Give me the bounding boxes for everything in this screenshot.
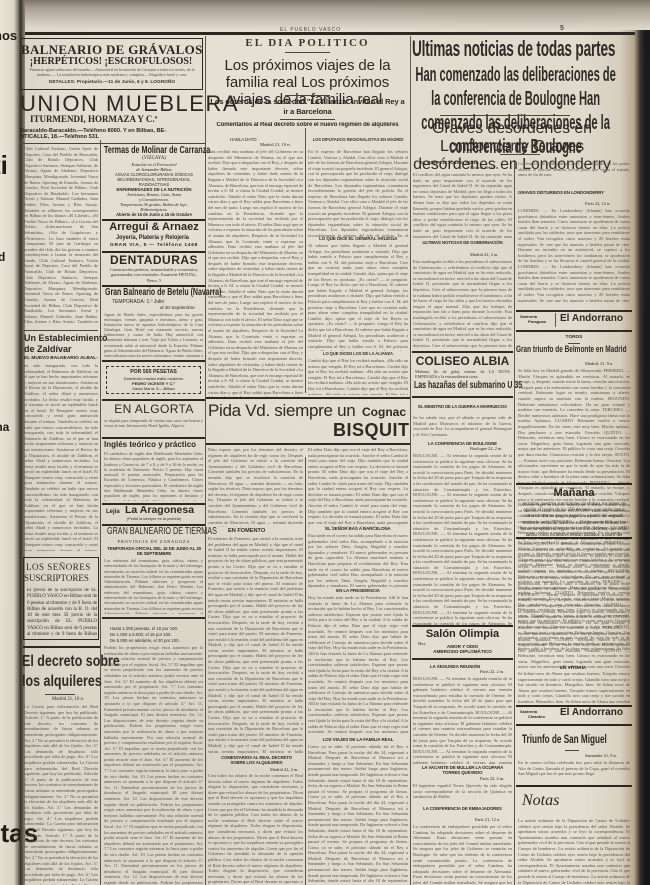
prev-page-fragment: d bbox=[0, 250, 5, 264]
ad-body: Primeras aguas sulfurosas del mundo.—Aut… bbox=[25, 68, 199, 80]
top-shadow-band bbox=[0, 0, 650, 30]
divider bbox=[24, 330, 98, 331]
article-text: Esta tarde en el correo ha salido para B… bbox=[308, 533, 408, 588]
divider bbox=[516, 537, 632, 539]
column-rule bbox=[514, 160, 515, 885]
divider bbox=[102, 617, 205, 619]
subhead: EN LA PRESIDENCIA bbox=[308, 588, 408, 594]
headline: Gran triunfo de Belmonte en Madrid bbox=[516, 345, 627, 354]
notice-suscriptores: LOS SEÑORES SUSCRIPTORES El precio de la… bbox=[23, 557, 99, 640]
article-text: Cambó dijo que el Rey los recibirá mañan… bbox=[308, 358, 408, 395]
headline: Han comenzado las deliberaciones de la c… bbox=[412, 63, 619, 113]
ad-por-pesetas: POR 555 PESETAS Dormitorio macizo estilo… bbox=[106, 366, 201, 394]
article-text: Conferencia de Embajadores entre los del… bbox=[518, 161, 630, 191]
column-rule bbox=[410, 36, 411, 885]
section-title: Ultimas noticias de todas partes bbox=[412, 38, 615, 60]
article-text: En el expreso de Barcelona han llegado l… bbox=[308, 149, 408, 237]
article-text: Casi todos los diarios de la noche comen… bbox=[208, 773, 303, 885]
subhead: LOS VIAJES DE LA FAMILIA REAL bbox=[308, 737, 408, 743]
article-text: El conflicto del agua continúa lo mismo … bbox=[413, 172, 512, 238]
subhead: LA VACANTE DE MULLER LA OCUPARÁ TORRES Q… bbox=[413, 765, 512, 776]
notice-title: LOS SEÑORES bbox=[26, 563, 91, 572]
divider bbox=[23, 646, 100, 648]
ad-betelu-title: Gran Balneario de Betelu (Navarra) bbox=[105, 288, 221, 298]
divider bbox=[412, 625, 513, 627]
dateline: París 22, 12 n. bbox=[585, 202, 610, 206]
scale-line: De 1.000 a 5.000, el 15 por 100. bbox=[110, 633, 172, 637]
ad-shop-name: El Andorrano bbox=[560, 708, 623, 718]
article-text: Club Cultural Euskaro, Unión Sport de De… bbox=[24, 146, 98, 323]
divider bbox=[412, 396, 513, 398]
ad-shop-name: El Andorrano bbox=[560, 314, 623, 324]
article-text: Se ha sabido hoy que el sábado se propon… bbox=[413, 415, 512, 440]
ad-title: Termas de Molinar de Carranza bbox=[104, 146, 210, 156]
column-rule bbox=[100, 140, 101, 885]
article-text: Hoy ha estado más tarde en la Presidenci… bbox=[308, 595, 408, 735]
dateline: Madrid 22, 2 m. bbox=[470, 253, 498, 257]
article-text: Al saberse que había llegado a Madrid el… bbox=[308, 243, 408, 351]
divider bbox=[102, 399, 205, 401]
ad-subtitle: ITURMENDI, HORMAZA Y C.ª bbox=[30, 115, 157, 124]
article-text: La sesión ordinaria de la Diputación de … bbox=[518, 818, 630, 885]
article-text: BOULOGNE. — Al terminar la segunda reuni… bbox=[413, 676, 512, 764]
subhead: LOS DIPUTADOS REGIONALISTAS EN MADRID bbox=[308, 138, 408, 148]
ad-tiermas-season: TEMPORADA OFICIAL DEL 15 DE JUNIO AL 30 … bbox=[106, 546, 202, 557]
ad-subtitle: ¡HERPÉTICOS! ¡ESCROFULOSOS! bbox=[21, 57, 201, 67]
ad-title: POR 555 PESETAS bbox=[107, 370, 200, 375]
ad-aragonesa-subtitle: (Pedid la siempre en la probeta) bbox=[104, 518, 204, 522]
ad-tiermas-title: GRAN BALNEARIO DE TIERMAS bbox=[107, 527, 217, 537]
divider bbox=[102, 437, 205, 439]
ad-line: Santa María, 8.—Bilbao bbox=[107, 387, 200, 391]
divider bbox=[440, 115, 570, 116]
divider bbox=[500, 154, 540, 155]
divider bbox=[555, 313, 556, 327]
scale-line: Hasta 1.000 pesetas, el 10 por 100. bbox=[110, 627, 178, 631]
ad-aragonesa-title: La Aragonesa bbox=[125, 505, 194, 516]
divider bbox=[412, 658, 513, 660]
divider bbox=[280, 119, 335, 120]
article-text: Dato recibió esta mañana al jefe del Gob… bbox=[208, 149, 303, 397]
divider bbox=[412, 351, 513, 353]
newspaper-page: nos ti d ona etas EL PUEBLO VASCO 5 BALN… bbox=[0, 0, 650, 885]
previous-page-edge: nos ti d ona etas bbox=[0, 0, 20, 885]
article-text: El ministro de Fomento, que asistió a la… bbox=[208, 536, 303, 754]
scale-line: De 5.000 en adelante, el 20 por 100. bbox=[110, 639, 180, 643]
headline: Los próximos viajes de la familia real L… bbox=[207, 57, 408, 99]
ad-arregui-title: Arregui & Arnaez bbox=[104, 222, 204, 233]
ad-olimpia-title: Salón Olimpia bbox=[413, 629, 512, 640]
divider bbox=[206, 397, 410, 399]
divider bbox=[20, 143, 205, 144]
dateline: Madrid, 21, 9 n. bbox=[585, 362, 613, 366]
ad-coliseo-body: Mañana, (lo de gala), estreno de LA NOYA… bbox=[415, 369, 510, 380]
dateline: Santander 21, 9 n. bbox=[585, 754, 617, 758]
dateline: Madrid 21, 10 n. bbox=[260, 143, 291, 148]
divider bbox=[102, 360, 205, 362]
subhead: EN VITORIA bbox=[560, 666, 586, 671]
ad-season: Abierto de 15 de Junio a 15 de Octubre bbox=[104, 213, 204, 217]
article-text: La conferencia de embajadores presidida … bbox=[413, 824, 512, 885]
dateline: Madrid 22, 2 m. bbox=[270, 768, 298, 772]
ad-dept-label: Paraguas bbox=[528, 320, 546, 324]
subhead: GRAVES DISTURBIOS EN LONDONDERRY bbox=[518, 190, 630, 201]
ad-betelu-body: Aguas de Betelu Sales, especialísimas pa… bbox=[104, 312, 203, 357]
ad-aragonesa-prefix: Lejía bbox=[106, 509, 120, 515]
divider bbox=[516, 310, 632, 312]
subhead: EN FOMENTO bbox=[228, 529, 265, 535]
column-rule bbox=[305, 457, 306, 885]
ad-ingles-title: Inglés teórico y práctico bbox=[104, 441, 196, 449]
ad-arregui-address: GRAN VIA, 5 — Teléfono 1468 bbox=[104, 244, 204, 249]
ad-coliseo-film: Las hazañas del submarino U 35 bbox=[414, 381, 522, 391]
section-notas: Notas bbox=[522, 793, 559, 809]
ad-ingles-body: El catedrático de inglés don Maldonado M… bbox=[104, 451, 203, 501]
article-headline: de Zaldívar bbox=[24, 345, 72, 354]
subhead: EL MINISTRO DE LA GUERRA A MARRUECOS bbox=[413, 404, 512, 414]
article-text: Como ya se sabe, el próximo sábado irá e… bbox=[308, 744, 408, 885]
article-text: BOULOGNE. — Al terminar la segunda sesió… bbox=[413, 453, 512, 625]
ad-balneario-gravalos: BALNEARIO DE GRÁVALOS ¡HERPÉTICOS! ¡ESCR… bbox=[20, 38, 203, 90]
article-text: Se lidia hoy en Madrid ganado de Albaser… bbox=[518, 540, 630, 650]
dateline: París 22, 2 m. bbox=[480, 670, 504, 674]
ad-betelu-season: TEMPORADA: 1.º Julio bbox=[112, 300, 164, 305]
subhead: HABLA DATO bbox=[230, 138, 257, 142]
ad-coliseo-title: COLISEO ALBIA bbox=[413, 355, 512, 367]
ad-dentaduras-body: Construcción perfecta, irreprochable y e… bbox=[106, 267, 202, 284]
ad-footer: DETALLES: Propietario.—11 de Junio, 6 y … bbox=[25, 81, 199, 86]
article-text: La Gaceta para información del Real Decr… bbox=[24, 704, 98, 885]
ad-olimpia-line: AMBROSIO DIPLOMÁTICO bbox=[413, 650, 512, 655]
ad-brand-prefix: Cognac bbox=[362, 406, 406, 418]
prev-page-fragment: ti bbox=[0, 150, 8, 181]
ad-line: NTICALLE, 18.—Teléfono 531. bbox=[20, 135, 99, 141]
ad-line: Pida Vd. siempre un bbox=[208, 402, 355, 419]
ad-dept-label: Cleanteo bbox=[528, 715, 545, 719]
article-text: Dato expuso que, por los términos del de… bbox=[208, 447, 303, 527]
article-text: El ingeniero español Torres Quevedo ha s… bbox=[413, 783, 512, 805]
subhead: LO QUE DICEN LOS DE LA ALIANZA bbox=[308, 351, 408, 357]
ad-algorta-body: se alquila para temporada de verano una … bbox=[104, 418, 203, 435]
ad-title: BALNEARIO DE GRÁVALOS bbox=[21, 43, 201, 56]
ad-arregui-subtitle: Joyería, Platería y Relojería bbox=[116, 235, 189, 242]
notice-body: El precio de la suscripción de EL PUEBLO… bbox=[27, 588, 97, 638]
subhead: LA SEGUNDA REUNIÓN bbox=[430, 665, 480, 669]
ad-brand: BISQUIT bbox=[333, 421, 410, 439]
subheadline: Los obreros de la sociedad "La Alianza" … bbox=[209, 97, 406, 117]
article-subhead: EL MUEVO BALNEARIO ALBAL- bbox=[24, 357, 98, 362]
ad-dentaduras-title: DENTADURAS bbox=[104, 254, 204, 266]
article-text: ha sido inaugurado, con toda la solemnid… bbox=[24, 363, 98, 551]
dateline: Madrid 21, 10 n. bbox=[470, 166, 499, 170]
column-rule bbox=[305, 128, 306, 393]
divider bbox=[285, 95, 330, 96]
section-title: TOROS bbox=[516, 336, 632, 341]
article-headline: los alquileres bbox=[22, 674, 102, 690]
notice-title: SUSCRIPTORES bbox=[24, 574, 89, 583]
headline: Triunfo de San Miguel bbox=[522, 733, 607, 745]
subhead: LO QUE DICE EL GENERAL ARLEGUI bbox=[308, 236, 408, 242]
article-text: Podrán los propietarios exigir estos aum… bbox=[104, 645, 203, 885]
divider bbox=[516, 483, 632, 485]
dateline: París 21, 12 n. bbox=[475, 818, 500, 822]
ad-tiermas-body: Los enfermos del reumatismo, gota, ciáti… bbox=[104, 558, 203, 614]
column-rule bbox=[205, 36, 206, 885]
article-text: LONDRES. — En Londonderry (Irlanda) han … bbox=[518, 208, 630, 302]
ad-tiermas-province: PROVINCIA DE ZARAGOZA bbox=[104, 540, 204, 544]
divider bbox=[285, 52, 330, 53]
dateline: Madrid 21, 10 n. bbox=[52, 698, 84, 703]
divider bbox=[516, 330, 632, 332]
article-text: Se lidian toros de Abaza que resultan bu… bbox=[518, 671, 630, 703]
subhead: ULTIMAS NOTICIAS DE GOBERNACIÓN bbox=[413, 240, 512, 252]
divider bbox=[45, 694, 75, 695]
running-head: EL PUEBLO VASCO bbox=[280, 27, 341, 33]
divider bbox=[565, 750, 579, 751]
section-title: EL DIA POLITICO bbox=[207, 38, 408, 49]
divider bbox=[206, 443, 410, 445]
prev-page-fragment: nos bbox=[0, 28, 17, 43]
article-text: El señor Dato dijo que con el viaje del … bbox=[308, 447, 408, 527]
subhead: LA CONFERENCIA DE EMBAJADORES bbox=[413, 806, 512, 817]
ad-betelu-season: al 30 Septiembre bbox=[160, 306, 195, 311]
notice-manana-title: Mañana bbox=[516, 488, 632, 499]
ad-algorta-title: EN ALGORTA bbox=[104, 403, 204, 415]
subhead: EL SEÑOR BAS A BARCELONA bbox=[308, 526, 408, 532]
notice-manana-body: recibirán nuestros suscriptores de Bilba… bbox=[518, 502, 630, 536]
dateline: París 22, 2 m. bbox=[480, 777, 504, 781]
divider bbox=[516, 785, 632, 787]
dateline: Boulogne 22, 2 m. bbox=[470, 447, 503, 451]
article-text: Esta madrugada recibió a los periodistas… bbox=[413, 259, 512, 350]
deck: Comentarios al Real decreto sobre el nue… bbox=[212, 122, 403, 138]
page-number: 5 bbox=[560, 25, 565, 32]
prev-page-fragment: ona bbox=[0, 420, 9, 434]
article-headline: Un Establecimiento bbox=[24, 334, 108, 343]
divider bbox=[516, 724, 632, 726]
article-text: En la carrera ciclista celebrada hoy par… bbox=[518, 760, 630, 782]
subhead: COMENTARIOS AL REAL DECRETO SOBRE LOS AL… bbox=[214, 755, 299, 767]
